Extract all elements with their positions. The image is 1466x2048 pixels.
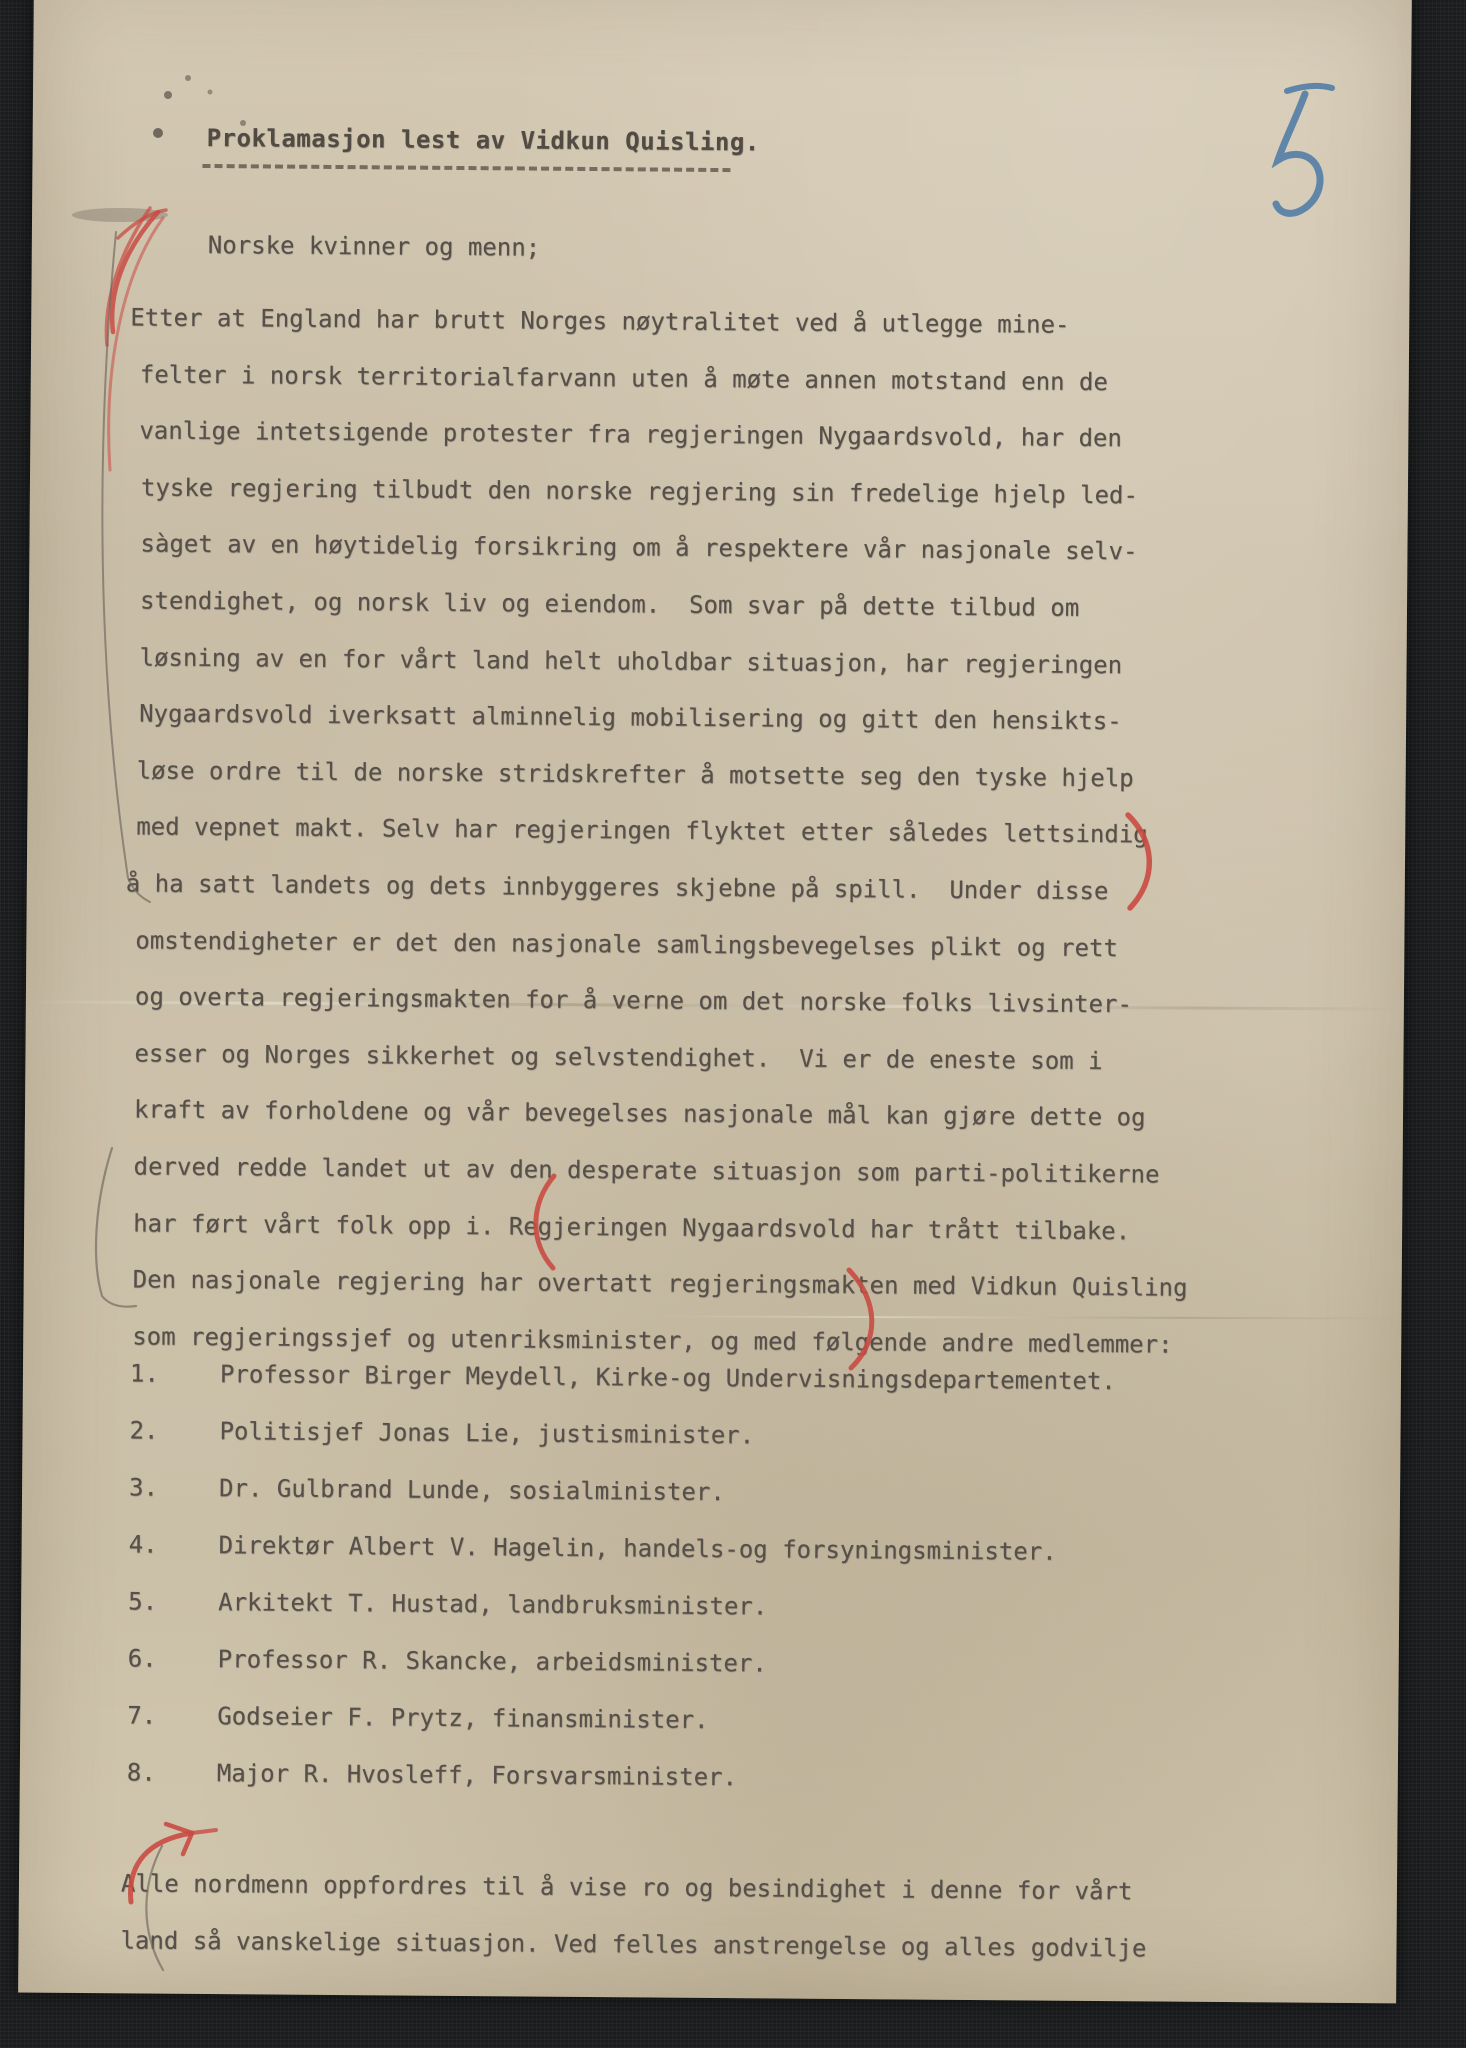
title-dashed-underline <box>202 164 730 172</box>
minister-text: Godseier F. Prytz, finansminister. <box>217 1688 709 1749</box>
closing-line: land så vanskelige situasjon. Ved felles… <box>120 1912 1146 1977</box>
minister-item: 6. Professor R. Skancke, arbeidsminister… <box>128 1630 1114 1695</box>
paragraph-line: og overta regjeringsmakten for å verne o… <box>125 968 1415 1035</box>
paragraph-line: kraft av forholdene og vår bevegelses na… <box>124 1082 1414 1149</box>
closing-paragraph: Alle nordmenn oppfordres til å vise ro o… <box>120 1855 1147 1977</box>
minister-number: 5. <box>128 1573 218 1631</box>
minister-number: 2. <box>129 1402 219 1460</box>
paragraph-line: Den nasjonale regjering har overtatt reg… <box>122 1251 1412 1318</box>
paragraph-line: vanlige intetsigende protester fra regje… <box>129 403 1419 470</box>
minister-item: 1. Professor Birger Meydell, Kirke-og Un… <box>130 1345 1116 1410</box>
minister-number: 8. <box>127 1744 217 1802</box>
minister-text: Arkitekt T. Hustad, landbruksminister. <box>218 1574 768 1635</box>
paragraph-line: derved redde landet ut av den desperate … <box>123 1138 1413 1205</box>
minister-text: Politisjef Jonas Lie, justisminister. <box>219 1403 754 1464</box>
paragraph-line: stendighet, og norsk liv og eiendom. Som… <box>128 572 1418 639</box>
paragraph-line: omstendigheter er det den nasjonale saml… <box>125 912 1415 979</box>
minister-item: 8. Major R. Hvosleff, Forsvarsminister. <box>127 1744 1113 1809</box>
paragraph-line: Etter at England har brutt Norges nøytra… <box>130 289 1420 356</box>
minister-text: Dr. Gulbrand Lunde, sosialminister. <box>219 1460 725 1521</box>
document-title: Proklamasjon lest av Vidkun Quisling. <box>207 124 760 156</box>
minister-item: 3. Dr. Gulbrand Lunde, sosialminister. <box>129 1459 1115 1524</box>
minister-number: 6. <box>128 1630 218 1688</box>
paragraph-line: Nygaardsvold iverksatt alminnelig mobili… <box>127 686 1417 753</box>
minister-item: 2. Politisjef Jonas Lie, justisminister. <box>129 1402 1115 1467</box>
paragraph-line: felter i norsk territorialfarvann uten å… <box>130 346 1420 413</box>
paper-sheet: Proklamasjon lest av Vidkun Quisling. No… <box>18 0 1412 2003</box>
salutation-line: Norske kvinner og menn; <box>208 231 541 262</box>
minister-number: 4. <box>128 1516 218 1574</box>
paragraph-line: løse ordre til de norske stridskrefter å… <box>126 742 1416 809</box>
minister-number: 3. <box>129 1459 219 1517</box>
minister-item: 4. Direktør Albert V. Hagelin, handels-o… <box>128 1516 1114 1581</box>
paragraph-line: å ha satt landets og dets innbyggeres sk… <box>126 855 1416 922</box>
minister-item: 5. Arkitekt T. Hustad, landbruksminister… <box>128 1573 1114 1638</box>
scanned-document-page: { "document": { "page_number": "5", "tit… <box>0 0 1466 2048</box>
ministers-list: 1. Professor Birger Meydell, Kirke-og Un… <box>127 1345 1116 1809</box>
main-paragraph: Etter at England har brutt Norges nøytra… <box>122 289 1420 1374</box>
paragraph-line: med vepnet makt. Selv har regjeringen fl… <box>126 799 1416 866</box>
paragraph-line: sàget av en høytidelig forsikring om å r… <box>128 516 1418 583</box>
minister-item: 7. Godseier F. Prytz, finansminister. <box>127 1687 1113 1752</box>
minister-number: 1. <box>130 1345 220 1403</box>
paragraph-line: har ført vårt folk opp i. Regjeringen Ny… <box>123 1195 1413 1262</box>
minister-text: Direktør Albert V. Hagelin, handels-og f… <box>218 1517 1056 1581</box>
closing-line: Alle nordmenn oppfordres til å vise ro o… <box>121 1855 1147 1920</box>
paragraph-line: tyske regjering tilbudt den norske regje… <box>129 459 1419 526</box>
minister-text: Professor Birger Meydell, Kirke-og Under… <box>220 1346 1116 1410</box>
minister-text: Professor R. Skancke, arbeidsminister. <box>218 1631 768 1692</box>
paragraph-line: løsning av en for vårt land helt uholdba… <box>127 629 1417 696</box>
paragraph-line: esser og Norges sikkerhet og selvstendig… <box>124 1025 1414 1092</box>
minister-text: Major R. Hvosleff, Forsvarsminister. <box>217 1745 738 1806</box>
minister-number: 7. <box>127 1687 217 1745</box>
